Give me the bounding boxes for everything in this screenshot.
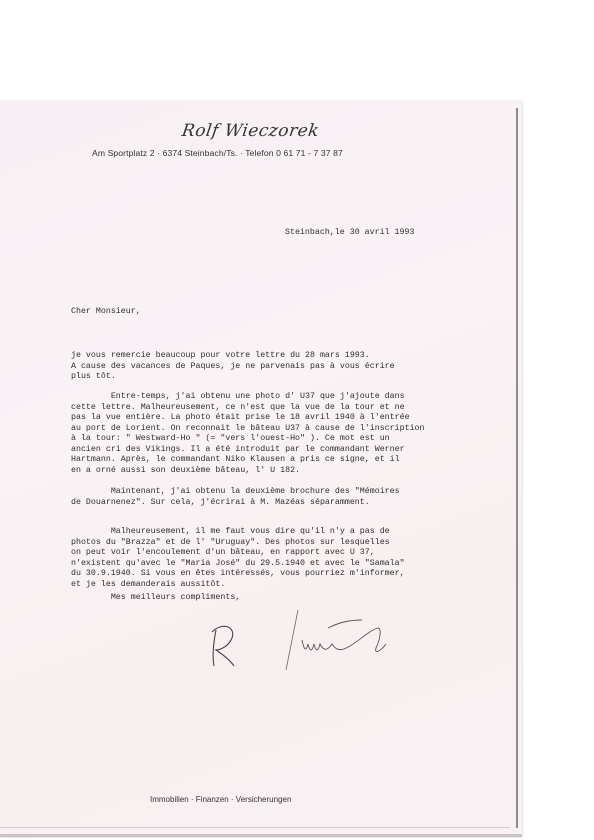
letter-date: Steinbach,le 30 avril 1993 <box>285 228 414 239</box>
letterhead-address: Am Sportplatz 2 · 6374 Steinbach/Ts. · T… <box>92 148 343 158</box>
letterhead-name: Rolf Wieczorek <box>181 121 321 141</box>
footer-tagline: Immobilien · Finanzen · Versicherungen <box>150 795 291 804</box>
letter-paragraph: Maintenant, j'ai obtenu la deuxième broc… <box>71 487 400 508</box>
paper-edge-shadow <box>0 834 522 837</box>
letter-paragraph: Malheureusement, il me faut vous dire qu… <box>71 527 405 590</box>
fold-line <box>516 108 518 828</box>
letter-salutation: Cher Monsieur, <box>71 307 141 318</box>
letter-paragraph: Entre-temps, j'ai obtenu une photo d' U3… <box>71 392 425 476</box>
paper-crease <box>0 827 510 828</box>
letter-paragraph: je vous remercie beaucoup pour votre let… <box>71 351 395 383</box>
signature-icon <box>200 600 430 670</box>
